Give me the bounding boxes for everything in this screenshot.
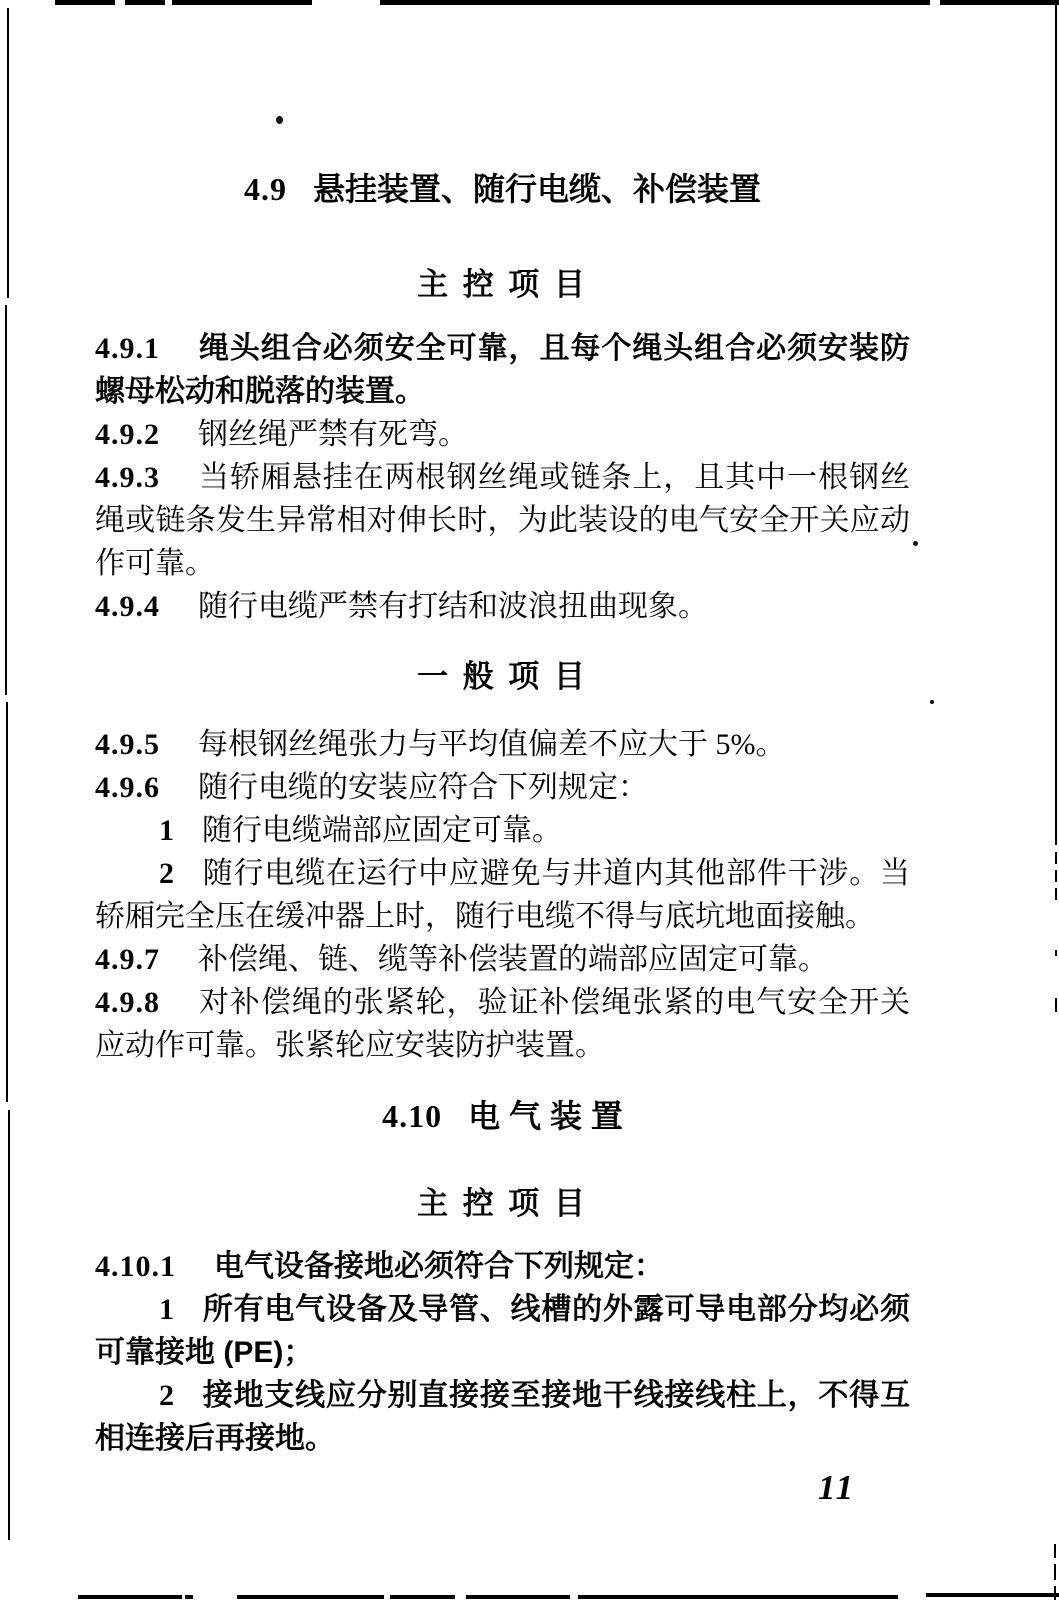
clause-text: 每根钢丝绳张力与平均值偏差不应大于 5%。 (198, 728, 786, 761)
clause-text: 当轿厢悬挂在两根钢丝绳或链条上，且其中一根钢丝绳或链条发生异常相对伸长时，为此装… (95, 461, 910, 580)
scan-edge-bottom-segment (237, 1595, 384, 1599)
item-number: 1 (159, 1293, 174, 1326)
clause-4-9-6: 4.9.6随行电缆的安装应符合下列规定： (95, 766, 910, 809)
page-number: 11 (818, 1468, 855, 1508)
clause-number: 4.9.8 (95, 986, 160, 1019)
scan-edge-bottom-segment (578, 1595, 898, 1599)
item-number: 2 (159, 1379, 174, 1412)
clause-number: 4.9.2 (95, 418, 160, 451)
clause-4-10-1-item-1: 1所有电气设备及导管、线槽的外露可导电部分均必须可靠接地 (PE)； (95, 1288, 910, 1374)
clause-4-9-3: 4.9.3当轿厢悬挂在两根钢丝绳或链条上，且其中一根钢丝绳或链条发生异常相对伸长… (95, 456, 910, 585)
item-number: 2 (159, 857, 174, 890)
clause-4-9-2: 4.9.2钢丝绳严禁有死弯。 (95, 413, 910, 456)
clause-number: 4.9.7 (95, 943, 160, 976)
group-heading-main-control-4-10: 主 控 项 目 (95, 1182, 910, 1225)
scan-edge-right-segment (1055, 852, 1057, 864)
scan-edge-right-segment (1055, 950, 1057, 956)
scan-edge-right-segment (1055, 0, 1057, 845)
clause-number: 4.10.1 (95, 1250, 176, 1283)
clause-4-9-8: 4.9.8对补偿绳的张紧轮，验证补偿绳张紧的电气安全开关应动作可靠。张紧轮应安装… (95, 981, 910, 1067)
section-4-9-number: 4.9 (244, 171, 287, 207)
item-text: 随行电缆端部应固定可靠。 (202, 814, 562, 847)
group-heading-general-4-9: 一 般 项 目 (95, 655, 910, 698)
clause-text: 对补偿绳的张紧轮，验证补偿绳张紧的电气安全开关应动作可靠。张紧轮应安装防护装置。 (95, 986, 910, 1062)
scan-edge-right-segment (1055, 998, 1057, 1012)
clause-text: 绳头组合必须安全可靠，且每个绳头组合必须安装防螺母松动和脱落的装置。 (95, 332, 910, 408)
clause-4-9-1: 4.9.1绳头组合必须安全可靠，且每个绳头组合必须安装防螺母松动和脱落的装置。 (95, 327, 910, 413)
clause-4-9-4: 4.9.4随行电缆严禁有打结和波浪扭曲现象。 (95, 585, 910, 628)
scan-edge-right-segment (1055, 870, 1057, 882)
clause-4-9-6-item-2: 2随行电缆在运行中应避免与井道内其他部件干涉。当轿厢完全压在缓冲器上时，随行电缆… (95, 852, 910, 938)
scan-edge-right-segment (1055, 888, 1057, 900)
clause-text: 随行电缆严禁有打结和波浪扭曲现象。 (198, 590, 708, 623)
scan-edge-top-segment (940, 0, 1059, 5)
clause-number: 4.9.3 (95, 461, 160, 494)
scan-edge-left-segment (8, 1110, 10, 1540)
page-content: 4.9悬挂装置、随行电缆、补偿装置 主 控 项 目 4.9.1绳头组合必须安全可… (95, 0, 910, 1460)
group-heading-main-control-4-9: 主 控 项 目 (95, 263, 910, 306)
item-text: 接地支线应分别直接接至接地干线接线柱上，不得互相连接后再接地。 (95, 1379, 910, 1455)
scan-edge-left-segment (7, 8, 9, 298)
item-text: 随行电缆在运行中应避免与井道内其他部件干涉。当轿厢完全压在缓冲器上时，随行电缆不… (95, 857, 910, 933)
scan-edge-bottom-segment (926, 1593, 1059, 1597)
clause-4-9-6-item-1: 1随行电缆端部应固定可靠。 (95, 809, 910, 852)
clause-4-9-5: 4.9.5每根钢丝绳张力与平均值偏差不应大于 5%。 (95, 723, 910, 766)
clause-text: 补偿绳、链、缆等补偿装置的端部应固定可靠。 (198, 943, 828, 976)
scan-edge-bottom-segment (185, 1595, 193, 1599)
scanned-document-page: 4.9悬挂装置、随行电缆、补偿装置 主 控 项 目 4.9.1绳头组合必须安全可… (0, 0, 1059, 1604)
section-4-9-title: 悬挂装置、随行电缆、补偿装置 (313, 171, 761, 207)
section-4-10-title: 电 气 装 置 (468, 1098, 623, 1134)
scan-edge-bottom-segment (390, 1595, 455, 1599)
clause-text: 钢丝绳严禁有死弯。 (198, 418, 468, 451)
clause-4-9-7: 4.9.7补偿绳、链、缆等补偿装置的端部应固定可靠。 (95, 938, 910, 981)
scan-edge-bottom-segment (466, 1595, 570, 1599)
section-4-9-heading: 4.9悬挂装置、随行电缆、补偿装置 (95, 168, 910, 211)
item-number: 1 (159, 814, 174, 847)
scan-edge-right-segment (1054, 1564, 1056, 1580)
scan-speck (930, 700, 934, 704)
clause-number: 4.9.5 (95, 728, 160, 761)
clause-text: 电气设备接地必须符合下列规定： (214, 1250, 664, 1283)
item-text: 所有电气设备及导管、线槽的外露可导电部分均必须可靠接地 (PE)； (95, 1293, 910, 1369)
scan-edge-bottom-segment (78, 1595, 182, 1599)
scan-edge-right-segment (1054, 1544, 1056, 1558)
clause-number: 4.9.4 (95, 590, 160, 623)
section-4-10-number: 4.10 (382, 1098, 442, 1134)
scan-edge-left-segment (5, 305, 7, 695)
clause-number: 4.9.6 (95, 771, 160, 804)
clause-4-10-1-item-2: 2接地支线应分别直接接至接地干线接线柱上，不得互相连接后再接地。 (95, 1374, 910, 1460)
scan-speck (913, 541, 918, 546)
clause-4-10-1: 4.10.1电气设备接地必须符合下列规定： (95, 1245, 910, 1288)
scan-edge-left-segment (6, 702, 8, 1102)
clause-text: 随行电缆的安装应符合下列规定： (198, 771, 648, 804)
section-4-10-heading: 4.10电 气 装 置 (95, 1095, 910, 1138)
clause-number: 4.9.1 (95, 332, 160, 365)
